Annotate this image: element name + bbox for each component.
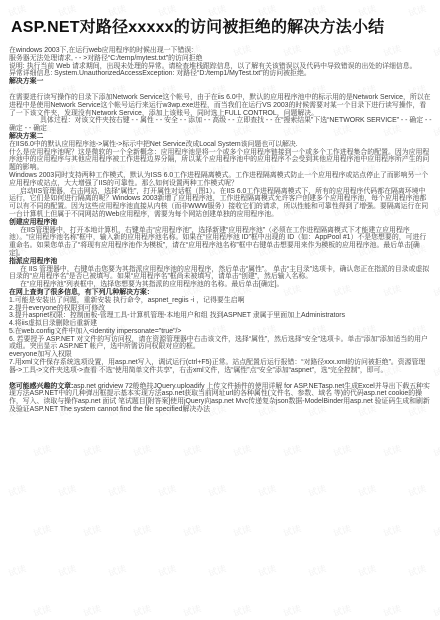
- watermark-text: 试读: [431, 522, 440, 540]
- watermark-text: 试读: [381, 602, 402, 620]
- watermark-text: 试读: [156, 482, 177, 500]
- watermark-text: 试读: [281, 442, 302, 460]
- watermark-text: 试读: [406, 482, 427, 500]
- solution-item-6: 6. 若要授予 ASP.NET 对文件的写访问权，请在资源管理器中右击该文件，选…: [9, 336, 432, 352]
- watermark-text: 试读: [331, 522, 352, 540]
- watermark-text: 试读: [331, 602, 352, 620]
- watermark-text: 试读: [281, 522, 302, 540]
- page-title: ASP.NET对路径xxxxx的访问被拒绝的解决方法小结: [11, 18, 432, 37]
- watermark-text: 试读: [6, 482, 27, 500]
- watermark-text: 试读: [56, 562, 77, 580]
- watermark-text: 试读: [381, 522, 402, 540]
- watermark-text: 试读: [6, 562, 27, 580]
- watermark-text: 试读: [331, 442, 352, 460]
- paragraph-apppool-concept: 什么是应用程序池呢？这是微软的一个全新概念：应用程序池是将一个或多个应用程序链接…: [9, 149, 432, 172]
- section-heading-solution-2: 解决方案二: [9, 133, 432, 141]
- watermark-text: 试读: [356, 482, 377, 500]
- related-articles-label: 您可能感兴趣的文章:: [9, 383, 73, 390]
- paragraph-exception-detail: 异常详细信息: System.UnauthorizedAccessExcepti…: [9, 70, 432, 78]
- watermark-text: 试读: [406, 562, 427, 580]
- watermark-text: 试读: [81, 442, 102, 460]
- solution-item-7: 7.用xml文件保存系统选项设置，用asp.net写入，调试运行(ctrl+F5…: [9, 359, 432, 375]
- watermark-text: 试读: [306, 562, 327, 580]
- watermark-text: 试读: [31, 442, 52, 460]
- watermark-text: 试读: [31, 602, 52, 620]
- watermark-text: 试读: [81, 602, 102, 620]
- watermark-text: 试读: [356, 562, 377, 580]
- watermark-text: 试读: [231, 522, 252, 540]
- watermark-text: 试读: [206, 562, 227, 580]
- related-articles: 您可能感兴趣的文章:asp.net gridview 72般绝技JQuery.u…: [9, 383, 432, 414]
- section-heading-other-solutions: 在网上查询了很多信息，有下列几种解决方案：: [9, 289, 432, 297]
- watermark-text: 试读: [31, 522, 52, 540]
- solution-item-1: 1.可能是安装出了问题，重新安装 执行命令，aspnet_regiis -i ，…: [9, 297, 432, 305]
- paragraph-error-intro: 在windows 2003下,在运行web应用程序的时候出现一下错误:: [9, 47, 432, 55]
- paragraph-iis-manager: 启动IIS管理器，右击网站，选择“属性”，打开属性对话框（图1）。在IIS 6.…: [9, 188, 432, 219]
- solution-item-4: 4.将iis虚拟目录删除后重新建: [9, 320, 432, 328]
- section-heading-create-apppool: 创建应用程序池: [9, 219, 432, 227]
- solution-item-5: 5.在web.config文件中加入<identity impersonate=…: [9, 328, 432, 336]
- watermark-text: 试读: [156, 562, 177, 580]
- watermark-text: 试读: [281, 602, 302, 620]
- paragraph-assign-apppool: 在 IIS 管理器中，右键单击您要为其指派应用程序池的应用程序，然后单击“属性”…: [9, 266, 432, 282]
- watermark-text: 试读: [181, 602, 202, 620]
- solution-item-3: 3.提升aspnet权限：控制面板-管理工具-计算机管理-本地用户和组 找到AS…: [9, 312, 432, 320]
- watermark-text: 试读: [131, 442, 152, 460]
- related-articles-text: asp.net gridview 72般绝技JQuery.uploadify 上…: [9, 383, 430, 413]
- paragraph-work-modes: Windows 2003同时支持两种工作模式，默认为ISS 6.0工作进程隔离模…: [9, 172, 432, 188]
- paragraph-solution-1-steps: 具体过程：对该文件夹按右键 - - 属性 - - 安全 - - 添加 - - 高…: [9, 117, 432, 133]
- paragraph-assign-apppool-confirm: 在“应用程序池”列表框中，选择您想要为其指派的应用程序池的名称。最后单击[确定]…: [9, 281, 432, 289]
- watermark-text: 试读: [106, 562, 127, 580]
- watermark-text: 试读: [231, 602, 252, 620]
- paragraph-create-apppool: 在IIS管理器中，打开本地计算机，右键单击“应用程序池”，选择新建“应用程序池”…: [9, 227, 432, 258]
- watermark-text: 试读: [431, 442, 440, 460]
- watermark-text: 试读: [181, 442, 202, 460]
- watermark-text: 试读: [106, 482, 127, 500]
- watermark-text: 试读: [181, 522, 202, 540]
- document-page: 试读试读试读试读试读试读试读试读试读试读试读试读试读试读试读试读试读试读试读试读…: [0, 0, 440, 620]
- paragraph-solution-2: 在IIS6.0中的默认应用程序池->属性->标示中把Net Service改成L…: [9, 141, 432, 149]
- watermark-text: 试读: [131, 522, 152, 540]
- watermark-text: 试读: [56, 482, 77, 500]
- paragraph-error-message: 服务器无法处理请求, - - >对路径“C:/temp/mytest.txt”的…: [9, 55, 432, 63]
- solution-item-everyone: everyone加写入权限: [9, 351, 432, 359]
- paragraph-solution-1: 在需要进行读写操作的目录下添加Network Service这个帐号，由于在ii…: [9, 94, 432, 117]
- watermark-text: 试读: [231, 442, 252, 460]
- watermark-text: 试读: [131, 602, 152, 620]
- watermark-text: 试读: [81, 522, 102, 540]
- watermark-text: 试读: [381, 442, 402, 460]
- watermark-text: 试读: [256, 562, 277, 580]
- document-body: ASP.NET对路径xxxxx的访问被拒绝的解决方法小结 在windows 20…: [0, 0, 440, 414]
- section-heading-assign-apppool: 指派应用程序池: [9, 258, 432, 266]
- watermark-text: 试读: [306, 482, 327, 500]
- watermark-text: 试读: [256, 482, 277, 500]
- watermark-text: 试读: [206, 482, 227, 500]
- section-heading-solution-1: 解决方案一: [9, 78, 432, 86]
- watermark-text: 试读: [431, 602, 440, 620]
